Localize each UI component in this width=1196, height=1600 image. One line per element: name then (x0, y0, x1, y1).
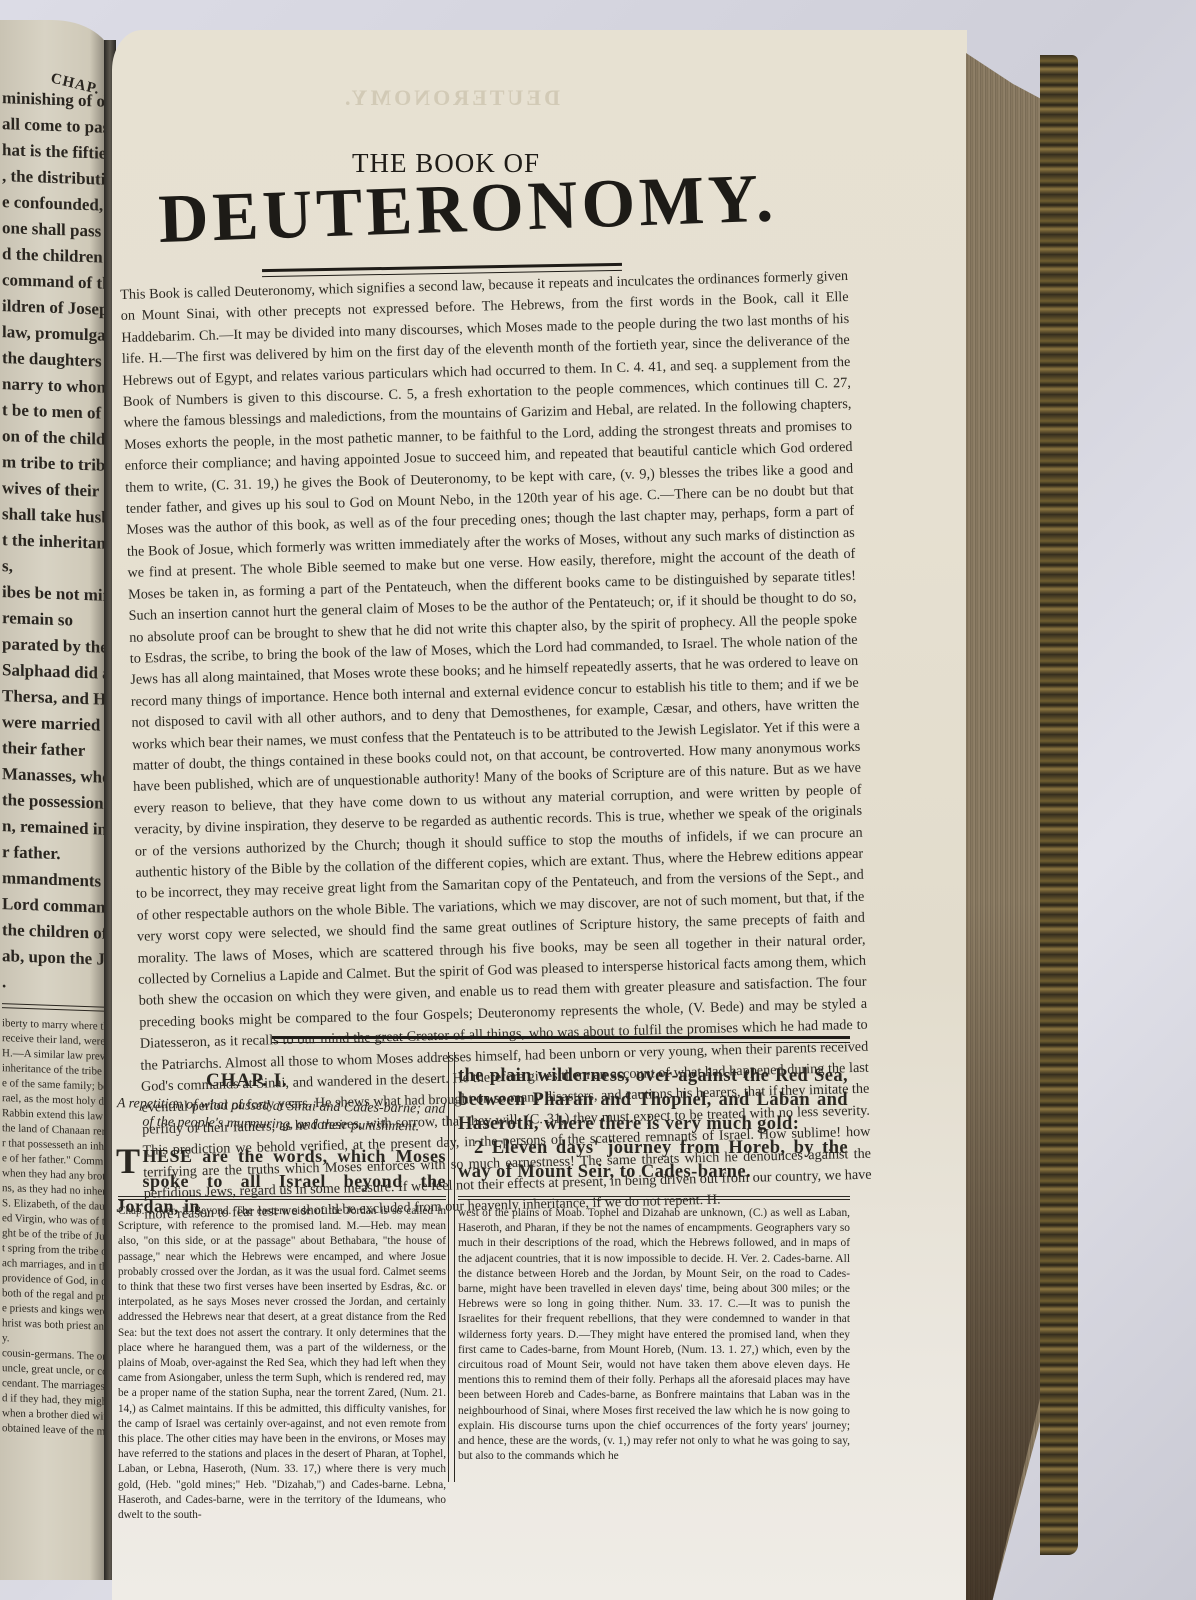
left-page-line: ildren of Joseph (2, 293, 110, 323)
left-page-note-line: obtained leave of the mo (2, 1421, 110, 1440)
verse-2-text: Eleven days' journey from Horeb, by the … (458, 1138, 848, 1182)
left-page-line: e confounded, and (2, 189, 110, 219)
verse-number: 2 (474, 1138, 484, 1158)
section-rule-thin (272, 1042, 850, 1043)
left-page-notes: iberty to marry where theyreceive their … (2, 1016, 110, 1440)
drop-cap: T (116, 1146, 141, 1176)
left-page-line: all come to pass (2, 111, 110, 141)
left-page-line: the possession th (2, 787, 110, 817)
left-page-line: r father. (2, 839, 110, 869)
left-page-line: ibes be not ming (2, 579, 110, 609)
left-page-line: law, promulgated (2, 319, 110, 349)
notes-rule-left (118, 1196, 446, 1200)
verse-2: 2 Eleven days' journey from Horeb, by th… (458, 1136, 848, 1184)
left-page-line: m tribe to tribe, (2, 449, 110, 479)
left-page-rule (2, 1003, 110, 1012)
notes-rule-right (458, 1196, 850, 1200)
verse-1-continued: the plain wilderness, over-against the R… (458, 1064, 848, 1136)
left-page-line: . (2, 969, 110, 999)
left-page-text: CHAP. XXXVI. minishing of ourall come to… (2, 58, 110, 1440)
left-page-line: were married to (2, 709, 110, 739)
left-page-line: t be to men of (2, 397, 110, 427)
left-page-line: mmandments a (2, 865, 110, 895)
left-page-line: their father (2, 735, 110, 765)
tooled-leather-cover (1040, 55, 1078, 1555)
left-page-line: one shall pass to (2, 215, 110, 245)
footnotes-left-column: Chap. I. Ver. 1. Beyond. The eastern sid… (118, 1204, 446, 1523)
left-page-line: Thersa, and Hegla, (2, 683, 110, 713)
left-page-line: parated by the Lord (2, 631, 110, 661)
left-page-line: the children of (2, 917, 110, 947)
chapter-summary: A repetition of what passed at Sinai and… (116, 1095, 447, 1137)
left-page-line: wives of their (2, 475, 110, 505)
left-page-line: ab, upon the J (2, 943, 110, 973)
column-divider (448, 1052, 455, 1482)
left-page-line: remain so (2, 605, 110, 635)
footnotes-right-column: west of the plains of Moab. Tophel and D… (458, 1206, 850, 1464)
left-page-line: shall take husb (2, 501, 110, 531)
show-through-header: DEUTERONOMY. (342, 85, 560, 111)
page-title: DEUTERONOMY. (157, 158, 778, 259)
left-page-line: Lord comman (2, 891, 110, 921)
left-page-line: Manasses, who w (2, 761, 110, 791)
verses-right-column: the plain wilderness, over-against the R… (458, 1064, 848, 1184)
left-page-line: t the inheritance (2, 527, 110, 557)
left-page-line: , the distribution (2, 163, 110, 193)
left-page-line: s, (2, 553, 110, 583)
left-page: CHAP. XXXVI. minishing of ourall come to… (0, 20, 112, 1580)
left-page-line: d the children of (2, 241, 110, 271)
left-page-line: narry to whom (2, 371, 110, 401)
left-page-line: the daughters of (2, 345, 110, 375)
left-page-line: on of the children (2, 423, 110, 453)
right-page: DEUTERONOMY. THE BOOK OF DEUTERONOMY. Th… (112, 30, 967, 1600)
section-rule (272, 1036, 850, 1039)
left-page-line: n, remained in t (2, 813, 110, 843)
left-page-verses: minishing of ourall come to passhat is t… (2, 85, 110, 999)
left-page-line: hat is the fiftieth (2, 137, 110, 167)
left-page-line: command of the (2, 267, 110, 297)
chapter-heading: CHAP. I. (206, 1070, 288, 1092)
left-page-line: Salphaad did as w (2, 657, 110, 687)
